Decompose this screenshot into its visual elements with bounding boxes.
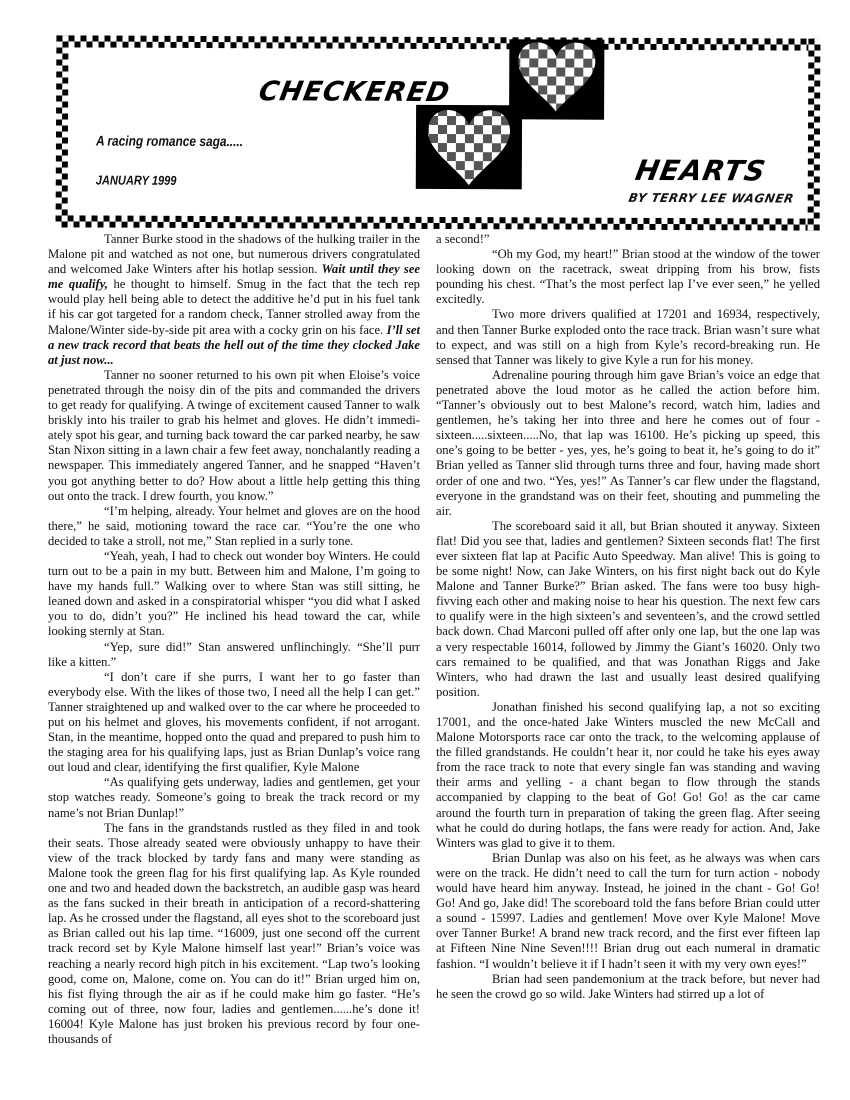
text-run: Adrenaline pouring through him gave Bria… <box>436 368 820 518</box>
text-run: “Oh my God, my heart!” Brian stood at th… <box>436 247 820 306</box>
paragraph: The scoreboard said it all, but Brian sh… <box>436 519 820 700</box>
paragraph: Tanner no sooner returned to his own pit… <box>48 368 420 504</box>
paragraph: Two more drivers qualified at 17201 and … <box>436 307 820 367</box>
tagline: A racing romance saga..... <box>96 133 243 150</box>
text-run: The scoreboard said it all, but Brian sh… <box>436 519 820 699</box>
paragraph: Brian Dunlap was also on his feet, as he… <box>436 851 820 972</box>
text-run: “I don’t care if she purrs, I want her t… <box>48 670 420 775</box>
paragraph: Jonathan finished his second qualifying … <box>436 700 820 851</box>
text-run: Brian Dunlap was also on his feet, as he… <box>436 851 820 971</box>
title-line-1: CHECKERED <box>256 76 452 108</box>
masthead: CHECKERED HEARTS A racing romance saga..… <box>56 35 821 230</box>
paragraph: “As qualifying gets underway, ladies and… <box>48 775 420 820</box>
paragraph: “Yeah, yeah, I had to check out wonder b… <box>48 549 420 640</box>
text-run: “Yeah, yeah, I had to check out wonder b… <box>48 549 420 638</box>
right-column: a second!”“Oh my God, my heart!” Brian s… <box>436 232 820 1002</box>
checkered-heart-icon <box>416 105 522 189</box>
text-run: The fans in the grandstands rustled as t… <box>48 821 420 1046</box>
paragraph: “I’m helping, already. Your helmet and g… <box>48 504 420 549</box>
text-run: “I’m helping, already. Your helmet and g… <box>48 504 420 548</box>
checkered-border-bottom <box>56 215 820 230</box>
text-run: “As qualifying gets underway, ladies and… <box>48 775 420 819</box>
paragraph: The fans in the grandstands rustled as t… <box>48 821 420 1047</box>
checkered-heart-icon <box>509 39 604 119</box>
author-byline: BY TERRY LEE WAGNER <box>627 191 795 206</box>
text-run: a second!” <box>436 232 490 246</box>
text-run: “Yep, sure did!” Stan answered unflinchi… <box>48 640 420 669</box>
title-line-2: HEARTS <box>633 154 769 188</box>
issue-date: JANUARY 1999 <box>96 173 177 188</box>
paragraph: “Yep, sure did!” Stan answered unflinchi… <box>48 640 420 670</box>
paragraph: Adrenaline pouring through him gave Bria… <box>436 368 820 519</box>
paragraph: Tanner Burke stood in the shadows of the… <box>48 232 420 368</box>
paragraph: “Oh my God, my heart!” Brian stood at th… <box>436 247 820 307</box>
text-run: Brian had seen pandemonium at the track … <box>436 972 820 1001</box>
checkered-border-top <box>56 35 820 50</box>
left-column: Tanner Burke stood in the shadows of the… <box>48 232 420 1047</box>
text-run: Two more drivers qualified at 17201 and … <box>436 307 820 366</box>
paragraph: a second!” <box>436 232 820 247</box>
text-run: Jonathan finished his second qualifying … <box>436 700 820 850</box>
text-run: Tanner no sooner returned to his own pit… <box>48 368 420 503</box>
paragraph: “I don’t care if she purrs, I want her t… <box>48 670 420 776</box>
checkered-border-left <box>56 35 69 227</box>
checkered-border-right <box>808 39 821 231</box>
paragraph: Brian had seen pandemonium at the track … <box>436 972 820 1002</box>
